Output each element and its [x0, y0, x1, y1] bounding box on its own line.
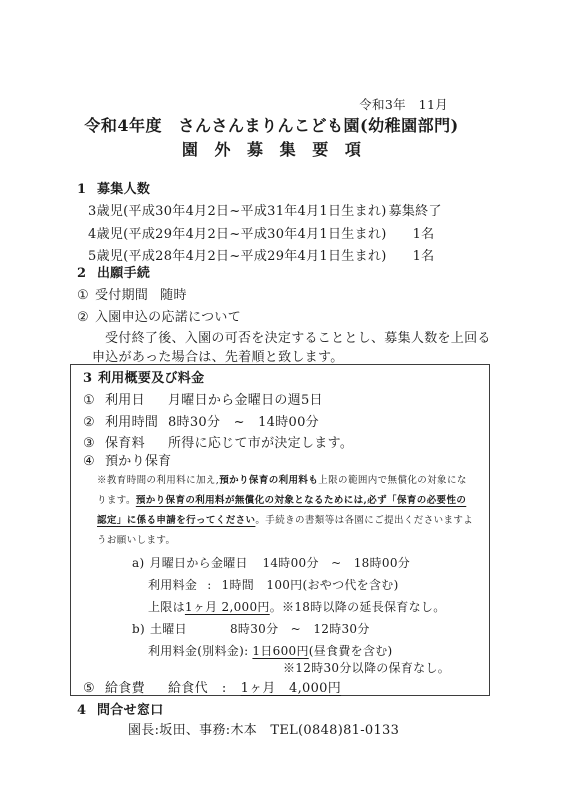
application-period-value: 随時 [160, 288, 187, 303]
application-period-row: ①受付期間随時 [77, 288, 187, 304]
extended-care-row: ④預かり保育 [83, 454, 171, 470]
colon: : [207, 578, 211, 592]
limit-amount: 1ヶ月 2,000円 [185, 600, 270, 614]
age-group-text: 4歳児(平成29年4月2日~平成30年4月1日生まれ) [88, 227, 387, 242]
circled-number-5: ⑤ [83, 681, 95, 697]
weekday-care-row: a)月曜日から金曜日14時00分 ~ 18時00分 [132, 556, 410, 571]
usage-day-value: 月曜日から金曜日の週5日 [168, 393, 323, 408]
childcare-fee-row: ③保育料所得に応じて市が決定します。 [83, 436, 353, 452]
circled-number-2: ② [77, 310, 89, 326]
usage-day-label: 利用日 [105, 393, 168, 409]
document-subtitle: 園 外 募 集 要 項 [0, 140, 565, 160]
limit-suffix: 。※18時以降の延長保育なし。 [270, 600, 446, 614]
limit-prefix: 上限は [148, 600, 185, 614]
note-text-underlined: 認定」に係る申請を行ってください [97, 515, 255, 526]
document-page: 令和3年 11月 令和4年度 さんさんまりんこども園(幼稚園部門) 園 外 募 … [0, 0, 565, 800]
section-2-title: 出願手続 [97, 266, 150, 281]
subsidy-note-line3: 認定」に係る申請を行ってください。手続きの書類等は各園にご提出くださいますよ [97, 515, 473, 527]
weekday-fee-row: 利用料金:1時間 100円(おやつ代を含む) [148, 578, 399, 593]
weekday-fee-label: 利用料金 [148, 578, 197, 592]
section-2-heading: 2出願手続 [77, 266, 150, 282]
note-text: ります。 [97, 495, 136, 506]
usage-hours-label: 利用時間 [105, 415, 168, 431]
acceptance-label: 入園申込の応諾について [95, 310, 241, 325]
subsidy-note-line4: うお願いします。 [97, 535, 175, 547]
circled-number-1: ① [83, 393, 95, 409]
meal-fee-sublabel: 給食代 [168, 681, 208, 696]
usage-hours-value: 8時30分 ~ 14時00分 [168, 415, 319, 430]
application-period-label: 受付期間 [95, 288, 148, 303]
usage-hours-row: ②利用時間8時30分 ~ 14時00分 [83, 415, 319, 431]
section-4-title: 問合せ窓口 [97, 703, 164, 718]
meal-fee-amount: 1ヶ月 4,000円 [241, 681, 342, 696]
section-2-number: 2 [77, 266, 97, 282]
age-group-count: 1名 [413, 227, 435, 242]
section-4-number: 4 [77, 703, 97, 719]
section-4-heading: 4問合せ窓口 [77, 703, 164, 719]
note-text: 上限の範囲内で無償化の対象にな [318, 475, 467, 486]
age-group-text: 5歳児(平成28年4月2日~平成29年4月1日生まれ) [88, 249, 387, 264]
age-group-status: 募集終了 [389, 204, 442, 219]
saturday-fee-amount: 1日600円 [252, 644, 308, 658]
saturday-care-time: 8時30分 ~ 12時30分 [230, 622, 370, 636]
weekday-fee-value: 1時間 100円(おやつ代を含む) [222, 578, 399, 592]
weekday-fee-limit-row: 上限は1ヶ月 2,000円。※18時以降の延長保育なし。 [148, 600, 446, 615]
circled-number-1: ① [77, 288, 89, 304]
meal-fee-label: 給食費 [105, 681, 168, 697]
section-3-heading: 3利用概要及び料金 [83, 371, 204, 387]
circled-number-3: ③ [83, 436, 95, 452]
circled-number-2: ② [83, 415, 95, 431]
saturday-care-note: ※12時30分以降の保育なし。 [283, 661, 450, 676]
contact-info: 園長:坂田、事務:木本 TEL(0848)81-0133 [128, 723, 399, 739]
extended-care-label: 預かり保育 [105, 454, 172, 469]
colon: : [222, 681, 227, 696]
document-title: 令和4年度 さんさんまりんこども園(幼稚園部門) [0, 116, 565, 136]
saturday-care-days: 土曜日 [150, 622, 230, 637]
section-3-number: 3 [83, 371, 98, 387]
note-text-underlined: 預かり保育の利用料が無償化の対象となるためには,必ず「保育の必要性の [136, 495, 466, 506]
circled-number-4: ④ [83, 454, 95, 470]
age-group-text: 3歳児(平成30年4月2日~平成31年4月1日生まれ) [88, 204, 387, 219]
note-text: 。手続きの書類等は各園にご提出くださいますよ [255, 515, 473, 526]
note-text: ※教育時間の利用料に加え, [97, 475, 219, 486]
weekday-care-time: 14時00分 ~ 18時00分 [262, 556, 410, 570]
section-1-number: 1 [77, 182, 97, 198]
age-group-row-3yo: 3歳児(平成30年4月2日~平成31年4月1日生まれ)募集終了 [88, 204, 442, 220]
list-tag-a: a) [132, 556, 144, 570]
age-group-row-4yo: 4歳児(平成29年4月2日~平成30年4月1日生まれ)1名 [88, 227, 434, 243]
section-3-title: 利用概要及び料金 [98, 371, 204, 386]
saturday-fee-label: 利用料金(別料金): [148, 644, 248, 658]
usage-day-row: ①利用日月曜日から金曜日の週5日 [83, 393, 323, 409]
saturday-care-row: b)土曜日8時30分 ~ 12時30分 [132, 622, 370, 637]
section-1-title: 募集人数 [97, 182, 150, 197]
section-1-heading: 1募集人数 [77, 182, 150, 198]
saturday-fee-row: 利用料金(別料金):1日600円(昼食費を含む) [148, 644, 393, 659]
subsidy-note-line2: ります。預かり保育の利用料が無償化の対象となるためには,必ず「保育の必要性の [97, 495, 466, 507]
issue-date: 令和3年 11月 [359, 97, 448, 113]
weekday-care-days: 月曜日から金曜日 [149, 556, 262, 571]
acceptance-paragraph-line1: 受付終了後、入園の可否を決定することとし、募集人数を上回る [105, 331, 491, 347]
saturday-fee-suffix: (昼食費を含む) [309, 644, 393, 658]
list-tag-b: b) [132, 622, 145, 636]
age-group-count: 1名 [413, 249, 435, 264]
childcare-fee-label: 保育料 [105, 436, 168, 452]
age-group-row-5yo: 5歳児(平成28年4月2日~平成29年4月1日生まれ)1名 [88, 249, 434, 265]
meal-fee-row: ⑤給食費給食代:1ヶ月 4,000円 [83, 681, 341, 697]
note-text-bold: 預かり保育の利用料も [219, 475, 318, 486]
childcare-fee-value: 所得に応じて市が決定します。 [168, 436, 353, 451]
subsidy-note-line1: ※教育時間の利用料に加え,預かり保育の利用料も上限の範囲内で無償化の対象にな [97, 475, 467, 487]
acceptance-row: ②入園申込の応諾について [77, 310, 241, 326]
